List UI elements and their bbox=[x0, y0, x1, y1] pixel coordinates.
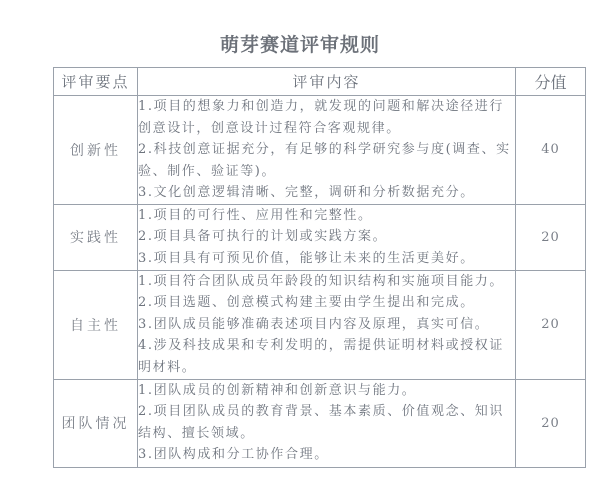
content-cell: 1.项目的想象力和创造力，就发现的问题和解决途径进行创意设计，创意设计过程符合客… bbox=[138, 96, 516, 205]
document-title: 萌芽赛道评审规则 bbox=[0, 30, 600, 57]
score-cell: 20 bbox=[516, 204, 586, 270]
content-cell: 1.项目的可行性、应用性和完整性。 2.项目具备可执行的计划或实践方案。 3.项… bbox=[138, 204, 516, 270]
table-row-autonomy: 自主性 1.项目符合团队成员年龄段的知识结构和实施项目能力。 2.项目选题、创意… bbox=[54, 270, 586, 379]
content-item: 4.涉及科技成果和专利发明的，需提供证明材料或授权证明材料。 bbox=[138, 335, 515, 378]
criterion-cell: 自主性 bbox=[54, 270, 138, 379]
content-item: 2.项目选题、创意模式构建主要由学生提出和完成。 bbox=[138, 292, 515, 314]
content-item: 2.科技创意证据充分，有足够的科学研究参与度(调查、实验、制作、验证等)。 bbox=[138, 139, 515, 182]
review-rules-table: 评审要点 评审内容 分值 创新性 1.项目的想象力和创造力，就发现的问题和解决途… bbox=[53, 67, 586, 468]
header-content: 评审内容 bbox=[138, 68, 516, 96]
content-item: 3.团队构成和分工协作合理。 bbox=[138, 444, 515, 466]
content-item: 1.项目符合团队成员年龄段的知识结构和实施项目能力。 bbox=[138, 271, 515, 293]
table-row-team: 团队情况 1.团队成员的创新精神和创新意识与能力。 2.项目团队成员的教育背景、… bbox=[54, 379, 586, 467]
content-item: 2.项目具备可执行的计划或实践方案。 bbox=[138, 226, 515, 248]
criterion-cell: 团队情况 bbox=[54, 379, 138, 467]
content-cell: 1.项目符合团队成员年龄段的知识结构和实施项目能力。 2.项目选题、创意模式构建… bbox=[138, 270, 516, 379]
content-item: 1.项目的可行性、应用性和完整性。 bbox=[138, 205, 515, 227]
header-score: 分值 bbox=[516, 68, 586, 96]
table-header-row: 评审要点 评审内容 分值 bbox=[54, 68, 586, 96]
score-cell: 20 bbox=[516, 379, 586, 467]
content-cell: 1.团队成员的创新精神和创新意识与能力。 2.项目团队成员的教育背景、基本素质、… bbox=[138, 379, 516, 467]
table-row-innovation: 创新性 1.项目的想象力和创造力，就发现的问题和解决途径进行创意设计，创意设计过… bbox=[54, 96, 586, 205]
score-cell: 40 bbox=[516, 96, 586, 205]
content-item: 1.团队成员的创新精神和创新意识与能力。 bbox=[138, 380, 515, 402]
content-item: 2.项目团队成员的教育背景、基本素质、价值观念、知识结构、擅长领域。 bbox=[138, 401, 515, 444]
criterion-cell: 创新性 bbox=[54, 96, 138, 205]
table-row-practicality: 实践性 1.项目的可行性、应用性和完整性。 2.项目具备可执行的计划或实践方案。… bbox=[54, 204, 586, 270]
content-item: 3.项目具有可预见价值，能够让未来的生活更美好。 bbox=[138, 248, 515, 270]
content-item: 1.项目的想象力和创造力，就发现的问题和解决途径进行创意设计，创意设计过程符合客… bbox=[138, 96, 515, 139]
content-item: 3.文化创意逻辑清晰、完整，调研和分析数据充分。 bbox=[138, 182, 515, 204]
content-item: 3.团队成员能够准确表述项目内容及原理，真实可信。 bbox=[138, 314, 515, 336]
score-cell: 20 bbox=[516, 270, 586, 379]
criterion-cell: 实践性 bbox=[54, 204, 138, 270]
header-criterion: 评审要点 bbox=[54, 68, 138, 96]
